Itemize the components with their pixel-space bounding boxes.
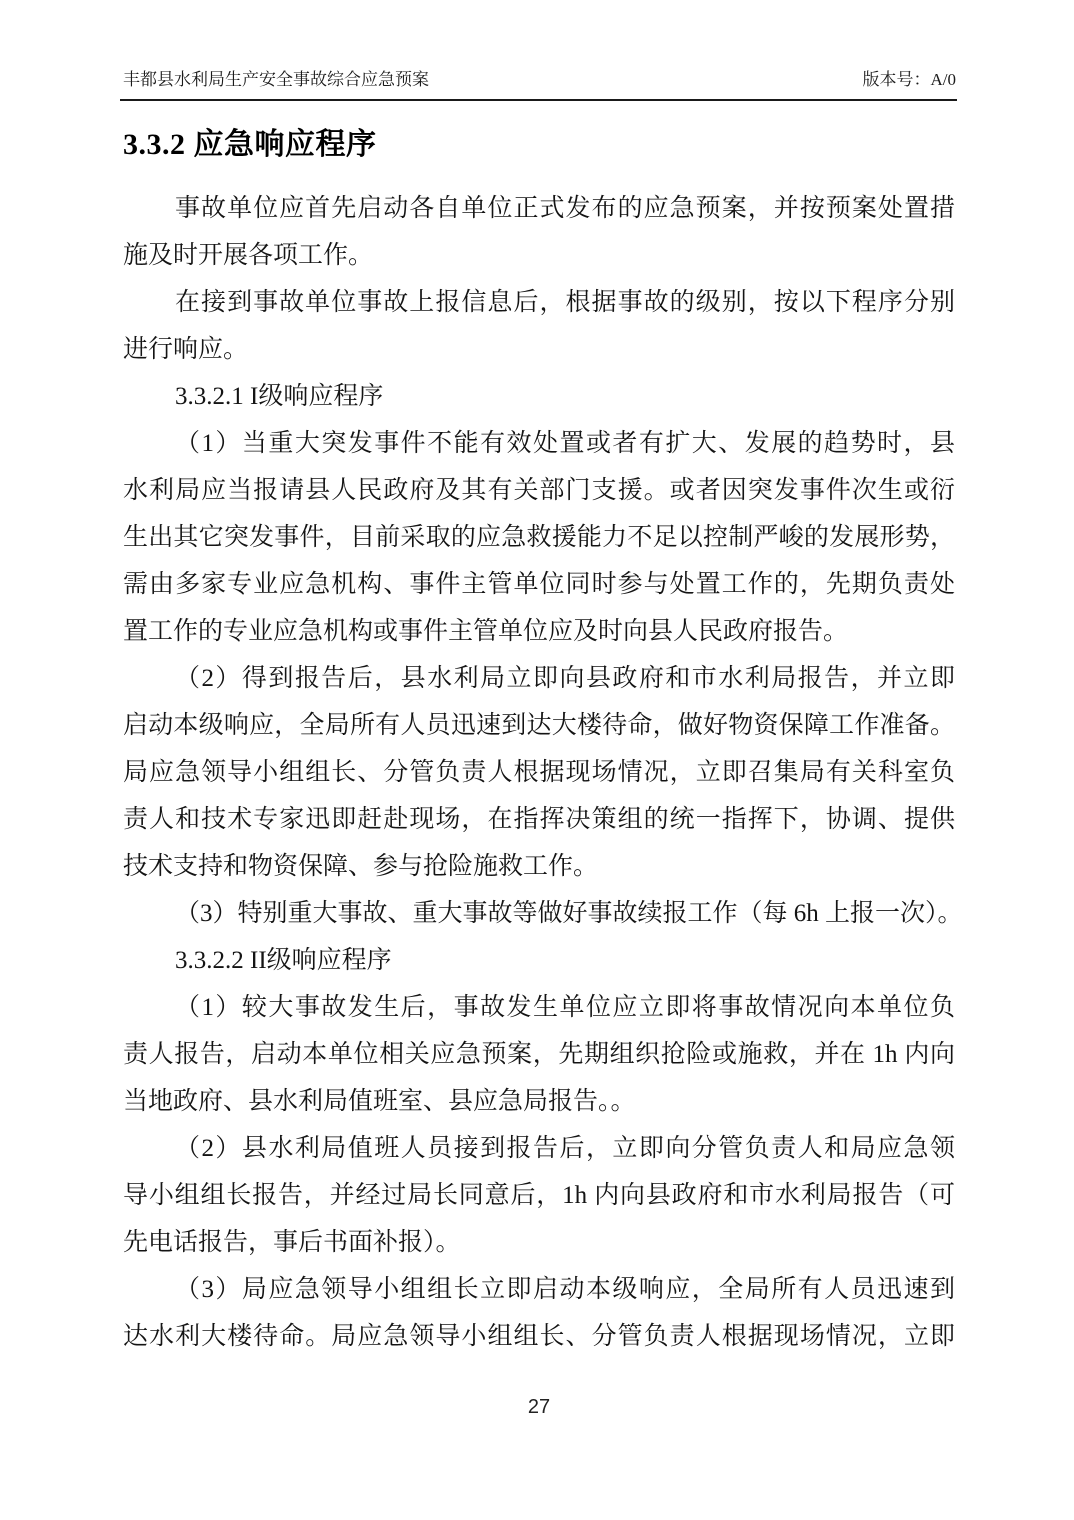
body-line: 先电话报告，事后书面补报）。 (123, 1219, 955, 1266)
body-line: 置工作的专业应急机构或事件主管单位应及时向县人民政府报告。 (123, 608, 955, 655)
body-line: 施及时开展各项工作。 (123, 232, 955, 279)
page-number: 27 (123, 1396, 955, 1419)
body-line: （2）县水利局值班人员接到报告后，立即向分管负责人和局应急领 (123, 1125, 955, 1172)
body-line: 技术支持和物资保障、参与抢险施救工作。 (123, 843, 955, 890)
body-line: 责人报告，启动本单位相关应急预案，先期组织抢险或施救，并在 1h 内向 (123, 1031, 955, 1078)
body-line: 当地政府、县水利局值班室、县应急局报告。。 (123, 1078, 955, 1125)
header-version-label: 版本号：A/0 (863, 68, 957, 92)
document-body: 3.3.2 应急响应程序 事故单位应首先启动各自单位正式发布的应急预案，并按预案… (123, 127, 955, 1360)
body-line: 进行响应。 (123, 326, 955, 373)
header-document-title: 丰都县水利局生产安全事故综合应急预案 (123, 68, 429, 92)
body-line: （3）局应急领导小组组长立即启动本级响应，全局所有人员迅速到 (123, 1266, 955, 1313)
body-line: 责人和技术专家迅即赶赴现场，在指挥决策组的统一指挥下，协调、提供 (123, 796, 955, 843)
header-divider (120, 99, 957, 101)
body-line: 生出其它突发事件，目前采取的应急救援能力不足以控制严峻的发展形势， (123, 514, 955, 561)
section-heading: 3.3.2 应急响应程序 (123, 127, 955, 163)
subsection-heading: 3.3.2.1 I级响应程序 (123, 373, 955, 420)
body-line: 导小组组长报告，并经过局长同意后，1h 内向县政府和市水利局报告（可 (123, 1172, 955, 1219)
body-line: 需由多家专业应急机构、事件主管单位同时参与处置工作的，先期负责处 (123, 561, 955, 608)
body-line: （1）较大事故发生后，事故发生单位应立即将事故情况向本单位负 (123, 984, 955, 1031)
body-line: （3）特别重大事故、重大事故等做好事故续报工作（每 6h 上报一次）。 (123, 890, 955, 937)
body-line: （1）当重大突发事件不能有效处置或者有扩大、发展的趋势时，县 (123, 420, 955, 467)
body-line: 达水利大楼待命。局应急领导小组组长、分管负责人根据现场情况，立即 (123, 1313, 955, 1360)
document-page: 丰都县水利局生产安全事故综合应急预案 版本号：A/0 3.3.2 应急响应程序 … (0, 0, 1074, 1520)
page-header: 丰都县水利局生产安全事故综合应急预案 版本号：A/0 (123, 68, 956, 92)
body-line: 局应急领导小组组长、分管负责人根据现场情况，立即召集局有关科室负 (123, 749, 955, 796)
body-line: 水利局应当报请县人民政府及其有关部门支援。或者因突发事件次生或衍 (123, 467, 955, 514)
subsection-heading: 3.3.2.2 II级响应程序 (123, 937, 955, 984)
body-line: 事故单位应首先启动各自单位正式发布的应急预案，并按预案处置措 (123, 185, 955, 232)
body-line: 在接到事故单位事故上报信息后，根据事故的级别，按以下程序分别 (123, 279, 955, 326)
body-line: （2）得到报告后，县水利局立即向县政府和市水利局报告，并立即 (123, 655, 955, 702)
body-line: 启动本级响应，全局所有人员迅速到达大楼待命，做好物资保障工作准备。 (123, 702, 955, 749)
